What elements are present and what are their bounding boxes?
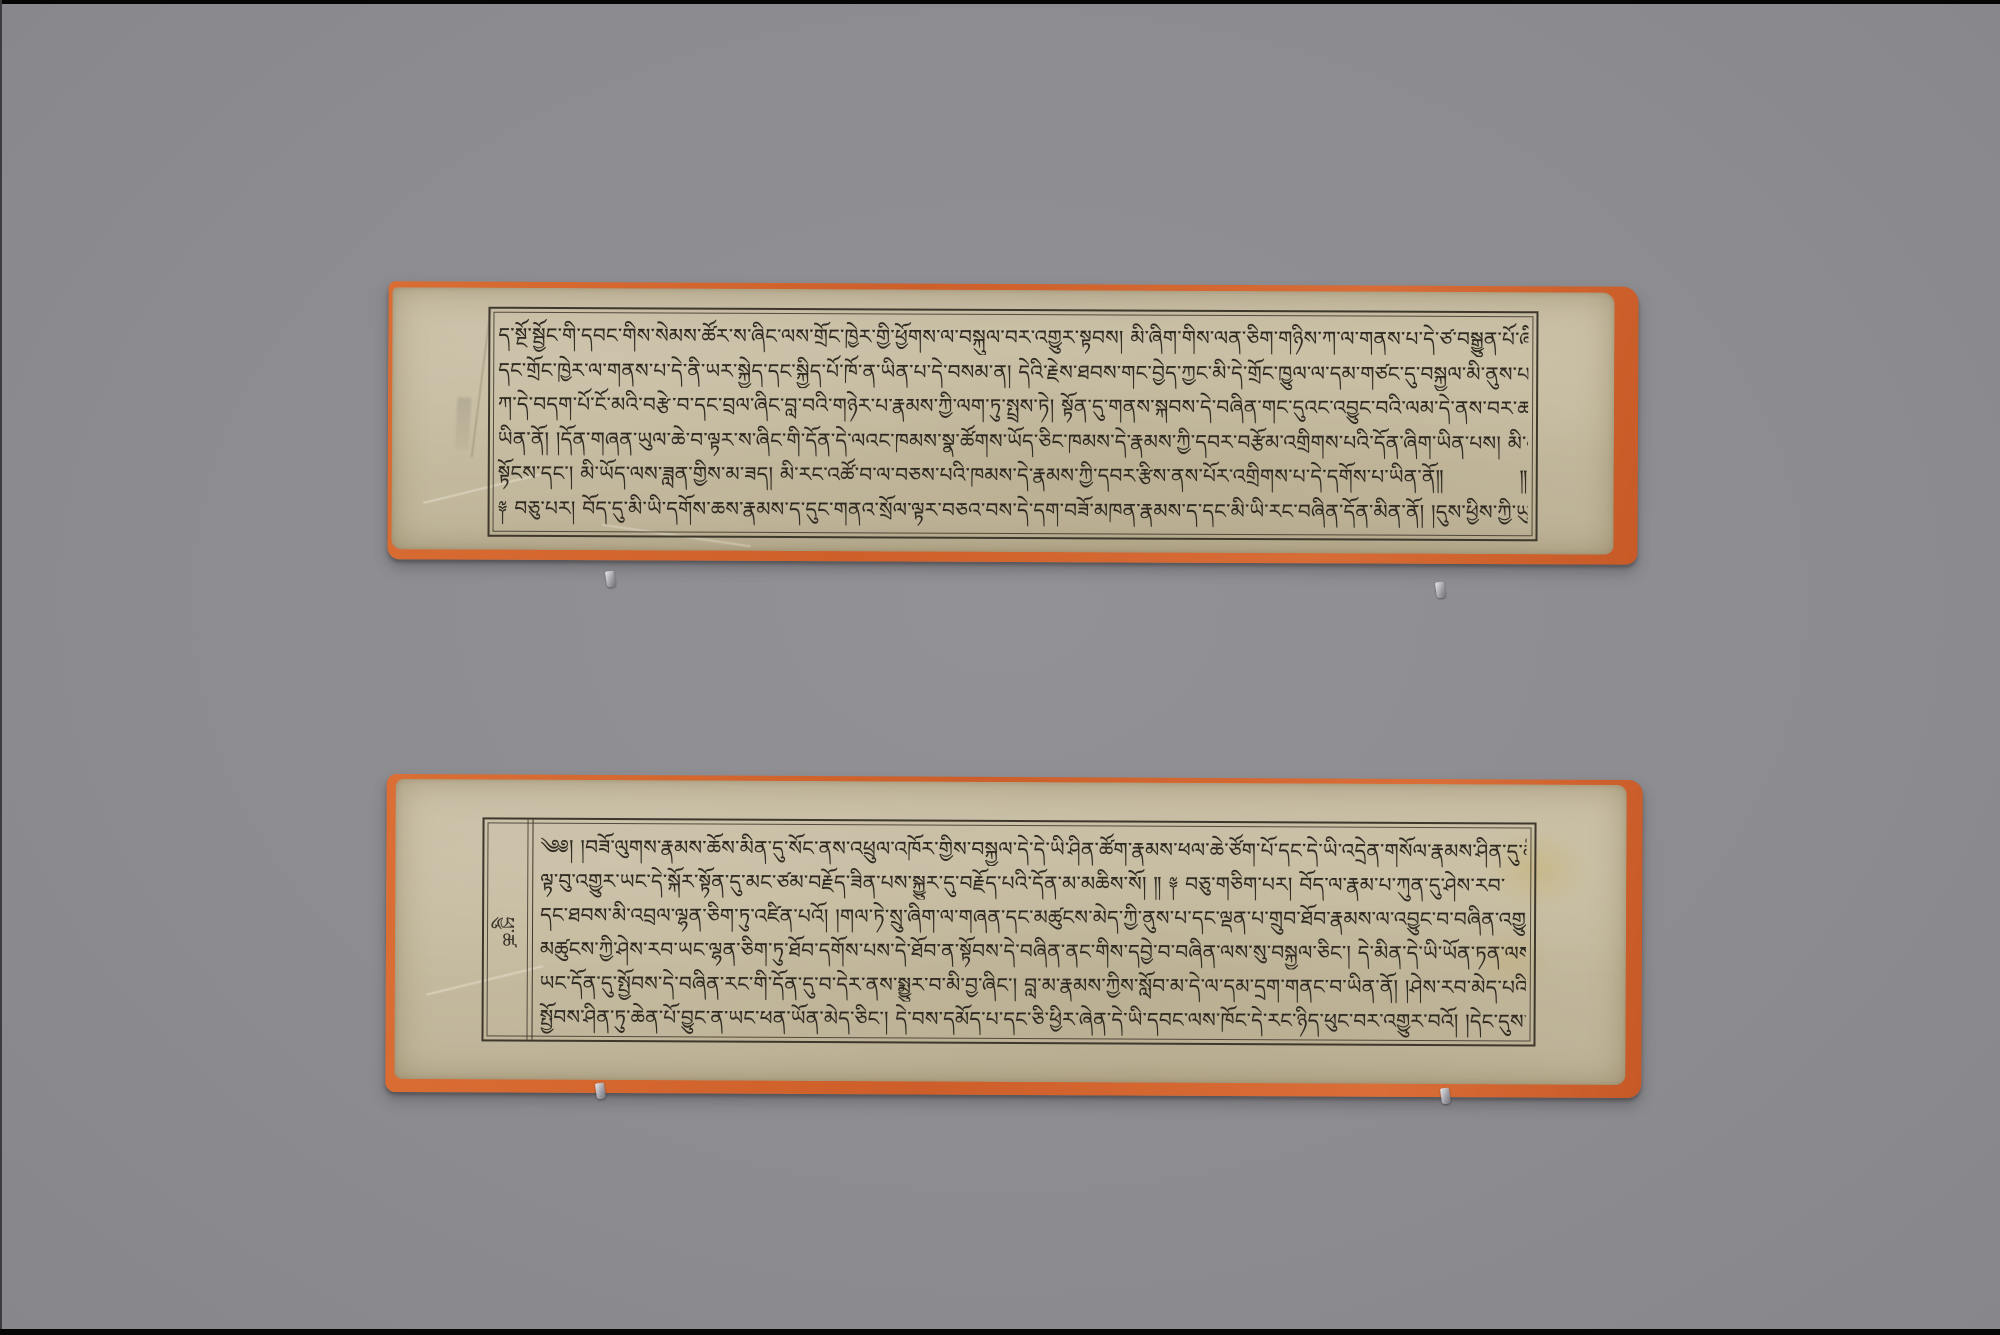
- text-line-4: མཚུངས་ཀྱི་ཤེས་རབ་ཡང་ལྷན་ཅིག་ཏུ་ཐོབ་དགོས་…: [540, 932, 1526, 971]
- text-line-6: སྤྱོབས་ཤིན་ཏུ་ཆེན་པོ་བྱུང་ན་ཡང་ཕན་ཡོན་མེ…: [540, 1000, 1526, 1039]
- text-line-1: ༄༅། །བཟོ་ལུགས་རྣམས་ཆོས་མིན་དུ་སོང་ནས་འཕྲ…: [540, 830, 1526, 869]
- left-edge-shadow: [0, 0, 2, 1335]
- text-block-lower: ༄༅། །བཟོ་ལུགས་རྣམས་ཆོས་མིན་དུ་སོང་ནས་འཕྲ…: [540, 825, 1527, 1040]
- text-line-3: དང་ཐབས་མི་འབྲལ་ལྷན་ཅིག་ཏུ་འཛིན་པའོ། །གལ་…: [540, 898, 1526, 937]
- margin-volume-label: ཕྱུ་ཚ: [487, 876, 528, 986]
- margin-column: ཕྱུ་ཚ: [483, 819, 533, 1039]
- text-frame-upper: ད་སྔོ་སྦྱོང་གི་དབང་གིས་སེམས་ཚོར་ས་ཞིང་ལས…: [487, 307, 1538, 542]
- text-line-2: ལྟ་བུ་འགྱུར་ཡང་དེ་སྐོར་སྟོན་དུ་མང་ཙམ་བརྗ…: [540, 864, 1526, 903]
- ink-smudge: [455, 397, 472, 450]
- text-line-5-body: སྟོངས་དང་། མི་ཡོད་ལས་ཟླན་གྱིས་མ་ཟད། མི་ར…: [498, 456, 1444, 495]
- manuscript-leaf-lower: ཕྱུ་ཚ ༄༅། །བཟོ་ལུགས་རྣམས་ཆོས་མིན་དུ་སོང་…: [385, 774, 1643, 1098]
- letterbox-bottom: [0, 1329, 2000, 1335]
- text-line-5: ཡང་དོན་དུ་སྤྱོབས་དེ་བཞིན་རང་གི་དོན་དུ་བ་…: [540, 966, 1526, 1005]
- double-shad-mark: ༎: [1519, 460, 1527, 495]
- text-line-6: ༈ བཅུ་པར། བོད་དུ་མི་ཡི་དགོས་ཆས་རྣམས་ད་དུ…: [498, 490, 1528, 529]
- text-line-4: ཡིན་ནོ། །དོན་གཞན་ཡུལ་ཆེ་བ་ལྟར་ས་ཞིང་གི་ད…: [498, 421, 1528, 460]
- text-line-1: ད་སྔོ་སྦྱོང་གི་དབང་གིས་སེམས་ཚོར་ས་ཞིང་ལས…: [498, 318, 1528, 357]
- letterbox-top: [0, 0, 2000, 4]
- text-line-5: སྟོངས་དང་། མི་ཡོད་ལས་ཟླན་གྱིས་མ་ཟད། མི་ར…: [498, 456, 1528, 495]
- text-block-upper: ད་སྔོ་སྦྱོང་གི་དབང་གིས་སེམས་ཚོར་ས་ཞིང་ལས…: [498, 314, 1529, 534]
- manuscript-leaf-upper: ད་སྔོ་སྦྱོང་གི་དབང་གིས་སེམས་ཚོར་ས་ཞིང་ལས…: [387, 281, 1638, 564]
- text-line-2: དང་གྲོང་ཁྱེར་ལ་གནས་པ་དེ་ནི་ཡར་སྐྱེད་དང་ས…: [498, 352, 1528, 391]
- mounting-pin: [605, 570, 616, 587]
- text-line-3: ཀ་དེ་བདག་པོ་ངོ་མའི་བརྩེ་བ་དང་བྲལ་ཞིང་བླ་…: [498, 387, 1528, 426]
- mounting-pin: [1435, 581, 1446, 598]
- photograph-background: ད་སྔོ་སྦྱོང་གི་དབང་གིས་སེམས་ཚོར་ས་ཞིང་ལས…: [0, 0, 2000, 1335]
- text-frame-lower: ཕྱུ་ཚ ༄༅། །བཟོ་ལུགས་རྣམས་ཆོས་མིན་དུ་སོང་…: [481, 817, 1536, 1046]
